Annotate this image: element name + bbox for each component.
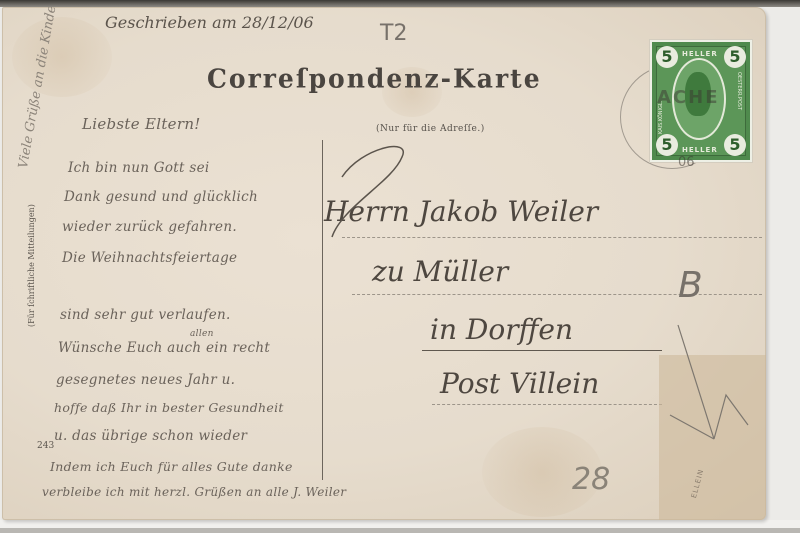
postcard: Geschrieben am 28/12/06 T2 Correſpondenz…	[2, 7, 766, 520]
stamp-denomination: 5	[724, 46, 746, 68]
stamp-side-text-right: OESTERR.POST	[736, 72, 742, 110]
scanner-edge-top	[0, 0, 800, 7]
stamp-denomination: 5	[656, 46, 678, 68]
postmark-year: 06	[678, 155, 695, 170]
stamp-denomination: 5	[724, 134, 746, 156]
stamp-currency-top: HELLER	[682, 50, 718, 58]
postmark-text: ACHE	[657, 87, 720, 108]
stamp-currency-bottom: HELLER	[682, 146, 718, 154]
stamp-denomination: 5	[656, 134, 678, 156]
scanner-edge-bottom	[0, 528, 800, 533]
